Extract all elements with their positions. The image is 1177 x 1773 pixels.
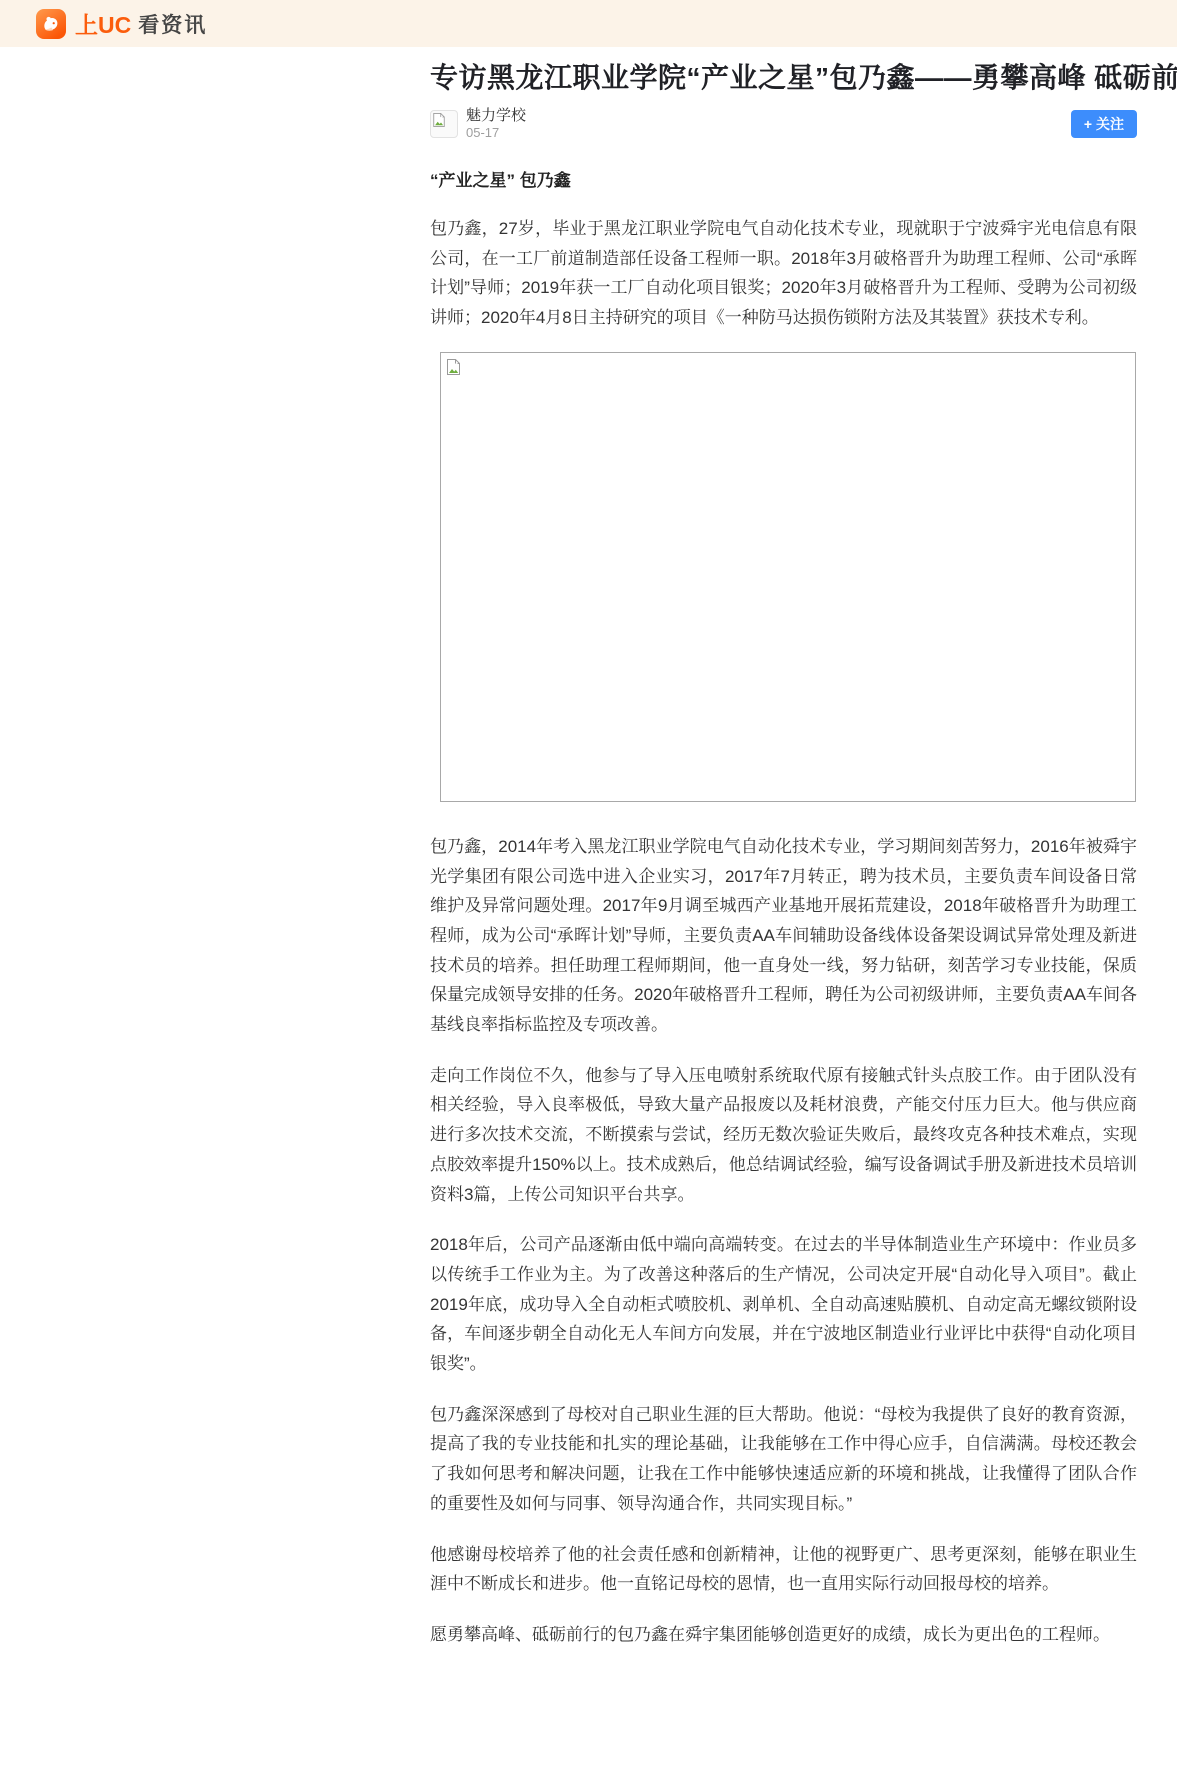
broken-image-icon bbox=[447, 362, 460, 379]
app-header: 上UC 看资讯 bbox=[0, 0, 1177, 47]
paragraph-3: 走向工作岗位不久，他参与了导入压电喷射系统取代原有接触式针头点胶工作。由于团队没… bbox=[430, 1061, 1137, 1210]
article-title: 专访黑龙江职业学院“产业之星”包乃鑫——勇攀高峰 砥砺前行 bbox=[430, 58, 1137, 98]
paragraph-5: 包乃鑫深深感到了母校对自己职业生涯的巨大帮助。他说：“母校为我提供了良好的教育资… bbox=[430, 1400, 1137, 1519]
paragraph-4: 2018年后，公司产品逐渐由低中端向高端转变。在过去的半导体制造业生产环境中：作… bbox=[430, 1230, 1137, 1379]
author-row: 魅力学校 05-17 + 关注 bbox=[430, 108, 1137, 139]
article-subheading: “产业之星” 包乃鑫 bbox=[430, 169, 1137, 193]
follow-button[interactable]: + 关注 bbox=[1071, 110, 1137, 138]
publish-date: 05-17 bbox=[466, 126, 526, 140]
author-avatar[interactable] bbox=[430, 110, 458, 138]
article-image-placeholder[interactable] bbox=[440, 352, 1136, 802]
paragraph-7: 愿勇攀高峰、砥砺前行的包乃鑫在舜宇集团能够创造更好的成绩，成长为更出色的工程师。 bbox=[430, 1620, 1137, 1650]
logo-text-uc: 上UC bbox=[75, 7, 131, 40]
uc-logo[interactable]: 上UC 看资讯 bbox=[36, 7, 207, 40]
article: 专访黑龙江职业学院“产业之星”包乃鑫——勇攀高峰 砥砺前行 魅力学校 05-17… bbox=[430, 58, 1137, 1680]
author-meta: 魅力学校 05-17 bbox=[466, 107, 526, 140]
uc-squirrel-icon bbox=[36, 9, 66, 39]
paragraph-1: 包乃鑫，27岁，毕业于黑龙江职业学院电气自动化技术专业，现就职于宁波舜宇光电信息… bbox=[430, 214, 1137, 333]
paragraph-6: 他感谢母校培养了他的社会责任感和创新精神，让他的视野更广、思考更深刻，能够在职业… bbox=[430, 1540, 1137, 1599]
page: 上UC 看资讯 专访黑龙江职业学院“产业之星”包乃鑫——勇攀高峰 砥砺前行 魅力… bbox=[0, 0, 1177, 1773]
author-name[interactable]: 魅力学校 bbox=[466, 107, 526, 124]
logo-text-kanzixun: 看资讯 bbox=[138, 9, 207, 39]
paragraph-2: 包乃鑫，2014年考入黑龙江职业学院电气自动化技术专业，学习期间刻苦努力，201… bbox=[430, 832, 1137, 1040]
